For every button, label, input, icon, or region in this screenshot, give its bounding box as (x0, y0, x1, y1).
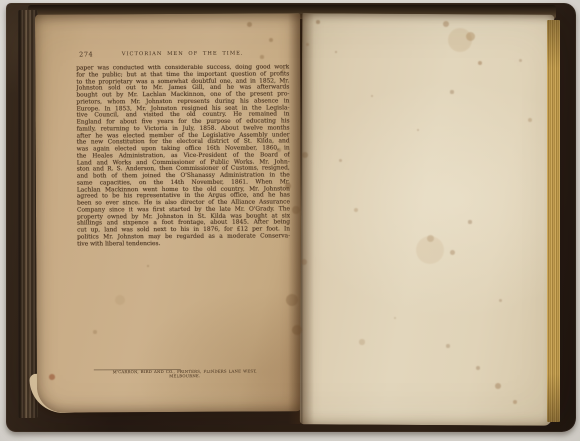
body-text-line: politics Mr. Johnston may be regarded as… (77, 233, 290, 241)
foxing-stain (316, 20, 320, 24)
foxing-stain (115, 295, 125, 305)
foxing-stain (301, 259, 307, 265)
foxing-stain (269, 38, 273, 42)
foxing-stain (302, 152, 308, 158)
page-header: 274 VICTORIAN MEN OF THE TIME. (76, 49, 289, 60)
foxing-stain (292, 325, 302, 335)
foxing-stain (495, 383, 501, 389)
foxing-stain (354, 208, 358, 212)
foxing-stain (468, 220, 471, 223)
foxing-stain (286, 294, 298, 306)
foxing-stain (339, 159, 342, 162)
gilt-fore-edge (547, 20, 560, 422)
foxing-stain (450, 90, 453, 93)
foxing-stain (93, 330, 97, 334)
right-page-blank (300, 13, 555, 426)
foxing-stain (282, 68, 285, 71)
foxing-stain (285, 183, 291, 189)
body-text: paper was conducted with considerable su… (76, 64, 290, 249)
foxing-stain (292, 206, 300, 214)
foxing-stain (247, 22, 252, 27)
foxing-stain (416, 236, 444, 264)
foxing-stain (450, 250, 455, 255)
foxing-stain (448, 28, 472, 52)
foxing-stain (49, 374, 55, 380)
foxing-stain (443, 21, 449, 27)
printer-imprint: M'CARRON, BIRD AND CO., PRINTERS, FLINDE… (97, 369, 273, 379)
foxing-stain (499, 299, 502, 302)
open-book-photo: 274 VICTORIAN MEN OF THE TIME. paper was… (0, 0, 580, 441)
foxing-stain (359, 339, 364, 344)
left-page: 274 VICTORIAN MEN OF THE TIME. paper was… (35, 13, 302, 412)
body-text-line: tive with liberal tendencies. (77, 240, 290, 248)
foxing-stain (277, 148, 281, 152)
foxing-stain (476, 366, 480, 370)
foxing-stain (519, 59, 522, 62)
foxing-stain (528, 118, 532, 122)
running-title: VICTORIAN MEN OF THE TIME. (76, 50, 289, 57)
foxing-stain (260, 55, 263, 58)
foxing-stain (446, 344, 450, 348)
foxing-stain (306, 43, 309, 46)
